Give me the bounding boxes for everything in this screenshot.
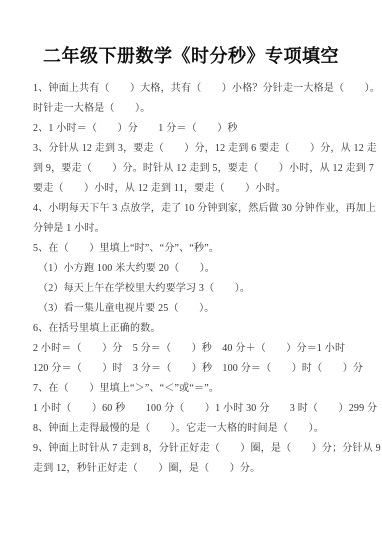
worksheet-line: 走到 12，秒针正好走（ ）圈，是（ ）分。 (33, 459, 378, 479)
worksheet-line: 要走（ ）小时，从 12 走到 11，要走（ ）小时。 (33, 179, 378, 199)
worksheet-line: 120 分＝（ ）时 3 分＝（ ）秒 100 分＝（ ）时（ ）分 (33, 359, 378, 379)
worksheet-subline: （2）每天上午在学校里大约要学习 3（ ）。 (33, 279, 378, 299)
page-title: 二年级下册数学《时分秒》专项填空 (0, 42, 382, 70)
worksheet-line: 9、钟面上时针从 7 走到 8，分针正好走（ ）圈，是（ ）分；分针从 9 (33, 439, 378, 459)
worksheet-line: 2、1 小时＝（ ）分 1 分＝（ ）秒 (33, 119, 378, 139)
worksheet-line: 2 小时＝（ ）分 5 分＝（ ）秒 40 分＋（ ）分＝1 小时 (33, 339, 378, 359)
worksheet-line: 4、小明每天下午 3 点放学，走了 10 分钟到家，然后做 30 分钟作业，再加… (33, 199, 378, 219)
worksheet-line: 分钟是 1 小时。 (33, 219, 378, 239)
worksheet-line: 6、在括号里填上正确的数。 (33, 319, 378, 339)
worksheet-line: 8、钟面上走得最慢的是（ ）。它走一大格的时间是（ ）。 (33, 419, 378, 439)
worksheet-line: 到 9，要走（ ）分。时针从 12 走到 5，要走（ ）小时，从 12 走到 7 (33, 159, 378, 179)
worksheet-subline: （1）小方跑 100 米大约要 20（ ）。 (33, 259, 378, 279)
worksheet-subline: （3）看一集儿童电视片要 25（ ）。 (33, 299, 378, 319)
worksheet-line: 5、在（ ）里填上“时”、“分”、“秒”。 (33, 239, 378, 259)
worksheet-body: 1、钟面上共有（ ）大格，共有（ ）小格？分针走一大格是（ ）。 时针走一大格是… (0, 79, 382, 479)
worksheet-line: 1、钟面上共有（ ）大格，共有（ ）小格？分针走一大格是（ ）。 (33, 79, 378, 99)
worksheet-line: 时针走一大格是（ ）。 (33, 99, 378, 119)
worksheet-line: 7、在（ ）里填上“＞”、“＜”或“＝”。 (33, 379, 378, 399)
worksheet-line: 3、分针从 12 走到 3，要走（ ）分，12 走到 6 要走（ ）分，从 12… (33, 139, 378, 159)
worksheet-page: 二年级下册数学《时分秒》专项填空 1、钟面上共有（ ）大格，共有（ ）小格？分针… (0, 0, 382, 540)
worksheet-line: 1 小时（ ）60 秒 100 分（ ）1 小时 30 分 3 时（ ）299 … (33, 399, 378, 419)
